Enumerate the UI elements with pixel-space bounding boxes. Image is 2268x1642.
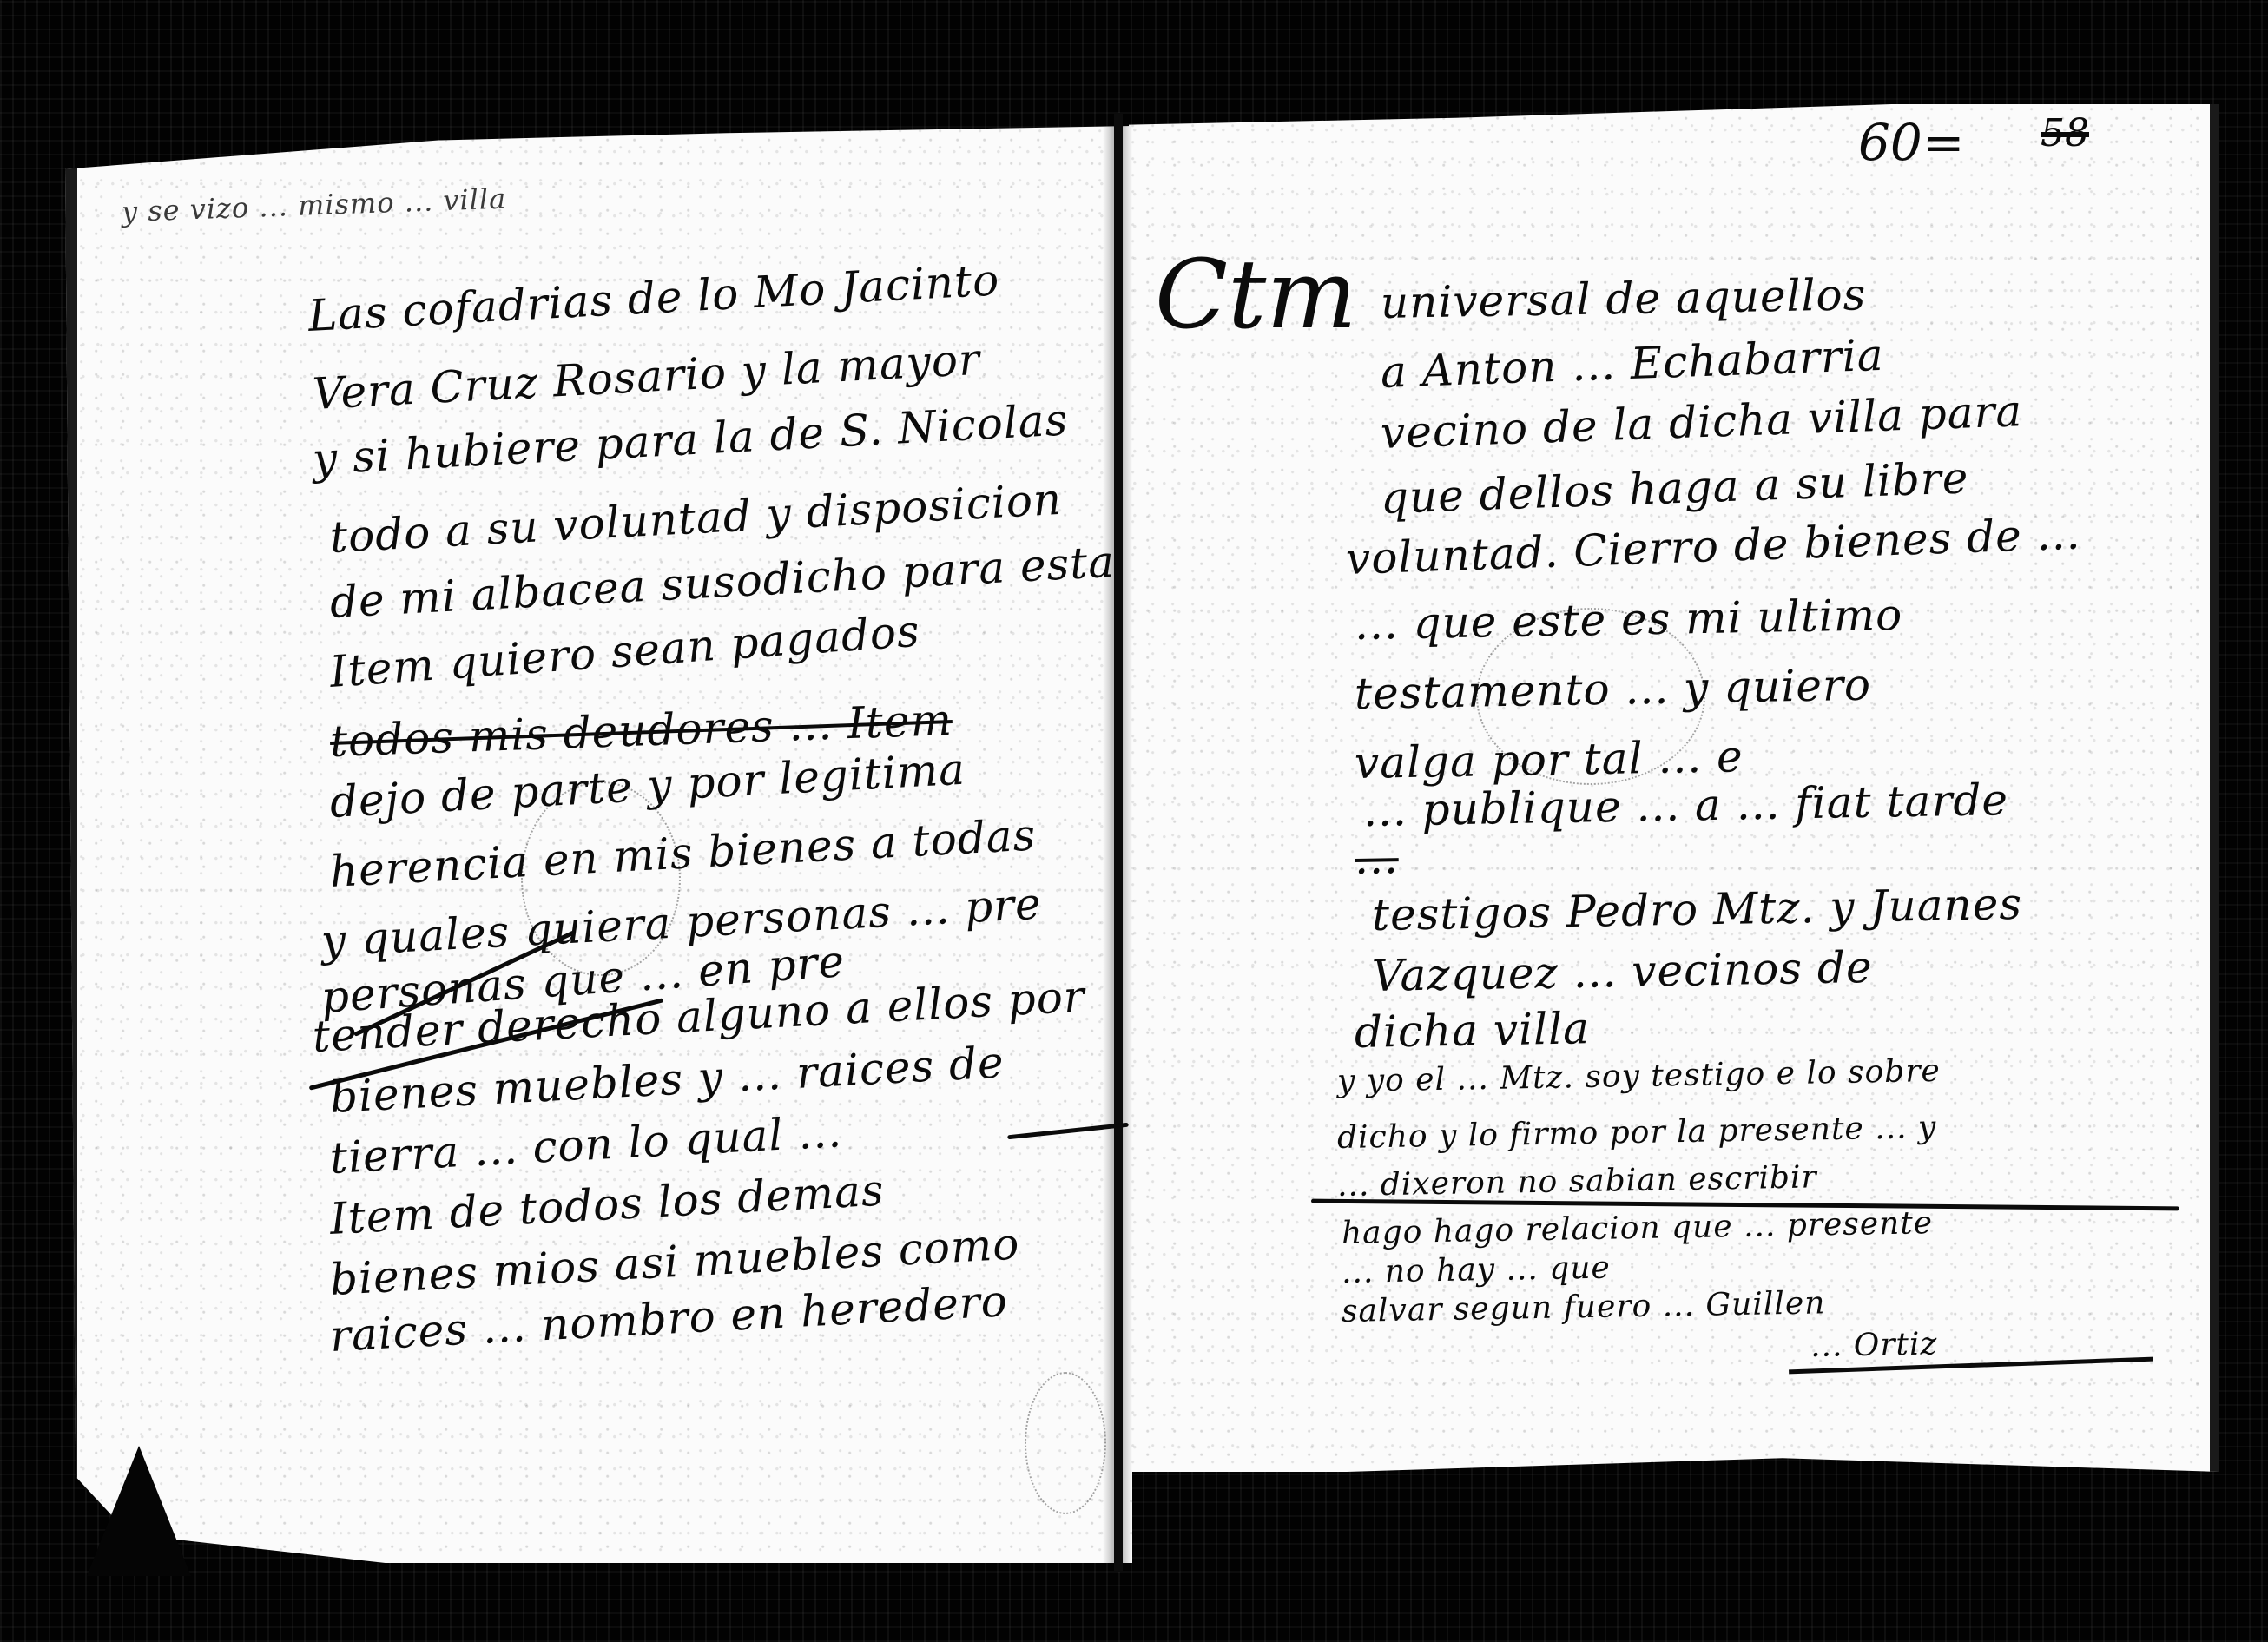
signature: ... Ortiz bbox=[1810, 1326, 1938, 1364]
folio-number-text: 60 bbox=[1858, 113, 1922, 172]
margin-item-mark: Ctm bbox=[1155, 239, 1357, 350]
clip-shadow-shape bbox=[87, 1446, 191, 1576]
manuscript-line: ... no hay ... que bbox=[1342, 1250, 1611, 1290]
folio-suffix: = bbox=[1922, 113, 1965, 172]
manuscript-line-struck: ... bbox=[1354, 833, 1399, 884]
struck-folio-number: 58 bbox=[2041, 111, 2089, 155]
manuscript-line: Vazquez ... vecinos de bbox=[1371, 942, 1873, 1001]
book-gutter bbox=[1114, 113, 1123, 1572]
manuscript-line: dicha villa bbox=[1354, 1003, 1590, 1058]
manuscript-line: universal de aquellos bbox=[1380, 269, 1866, 328]
manuscript-line: ... que este es mi ultimo bbox=[1354, 590, 1902, 650]
paper-stain bbox=[1025, 1372, 1106, 1514]
manuscript-line: testamento ... y quiero bbox=[1354, 660, 1871, 719]
folio-number: 60= bbox=[1858, 113, 1964, 172]
